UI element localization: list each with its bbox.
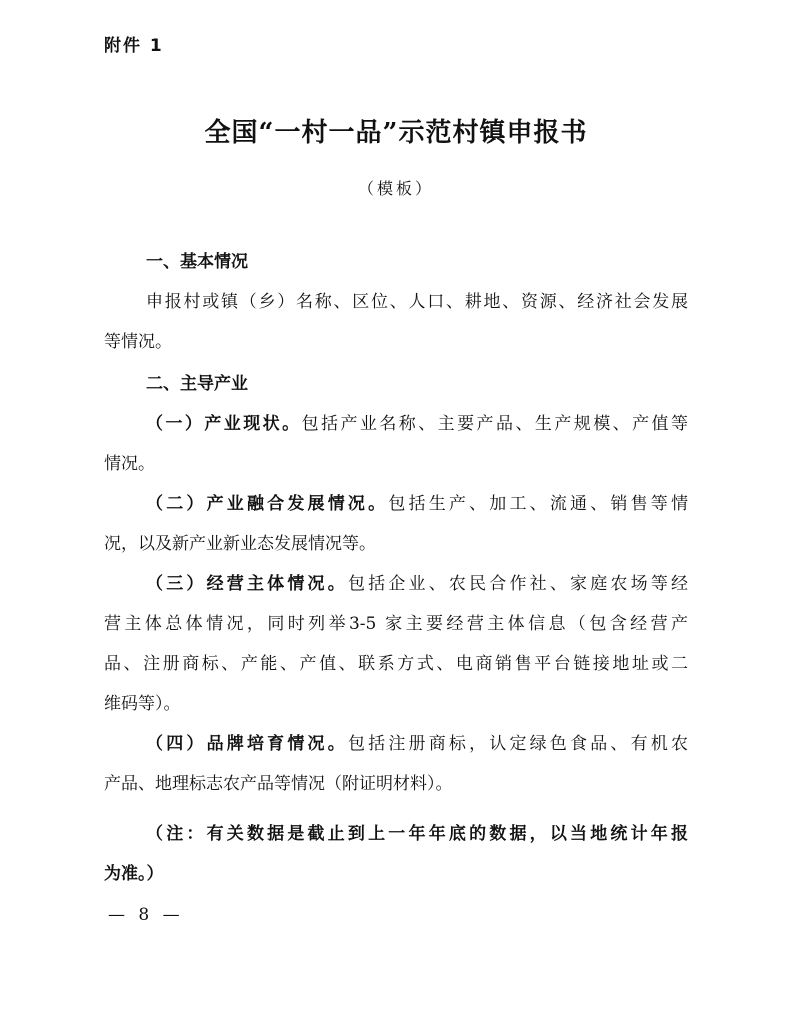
document-title: 全国“一村一品”示范村镇申报书 (0, 112, 792, 149)
note-line: 为准。） (104, 859, 688, 884)
paragraph-line: 等情况。 (104, 327, 688, 352)
paragraph-line: （三）经营主体情况。包括企业、农民合作社、家庭农场等经 (146, 569, 688, 594)
section-heading-leading-industry: 二、主导产业 (146, 369, 248, 394)
item-label: （三）经营主体情况。 (146, 574, 348, 594)
paragraph-line: 营主体总体情况，同时列举3-5 家主要经营主体信息（包含经营产 (104, 609, 688, 634)
paragraph-line: 产品、地理标志农产品等情况（附证明材料）。 (104, 769, 688, 794)
paragraph-line: 情况。 (104, 449, 688, 474)
paragraph-line: （四）品牌培育情况。包括注册商标，认定绿色食品、有机农 (146, 729, 688, 754)
document-subtitle: （模板） (0, 176, 792, 199)
note-line: （注：有关数据是截止到上一年年底的数据，以当地统计年报 (146, 819, 688, 844)
attachment-label: 附件 1 (104, 31, 164, 56)
paragraph-line: （二）产业融合发展情况。包括生产、加工、流通、销售等情 (146, 489, 688, 514)
paragraph-line: 况，以及新产业新业态发展情况等。 (104, 529, 688, 554)
page-number: — 8 — (108, 905, 184, 925)
paragraph-line: （一）产业现状。包括产业名称、主要产品、生产规模、产值等 (146, 409, 688, 434)
item-label: （二）产业融合发展情况。 (146, 494, 388, 514)
paragraph-line: 品、注册商标、产能、产值、联系方式、电商销售平台链接地址或二 (104, 649, 688, 674)
paragraph-line: 申报村或镇（乡）名称、区位、人口、耕地、资源、经济社会发展 (146, 287, 688, 312)
section-heading-basic-info: 一、基本情况 (146, 247, 248, 272)
item-label: （四）品牌培育情况。 (146, 734, 348, 754)
item-label: （一）产业现状。 (146, 414, 302, 434)
paragraph-line: 维码等）。 (104, 689, 688, 714)
